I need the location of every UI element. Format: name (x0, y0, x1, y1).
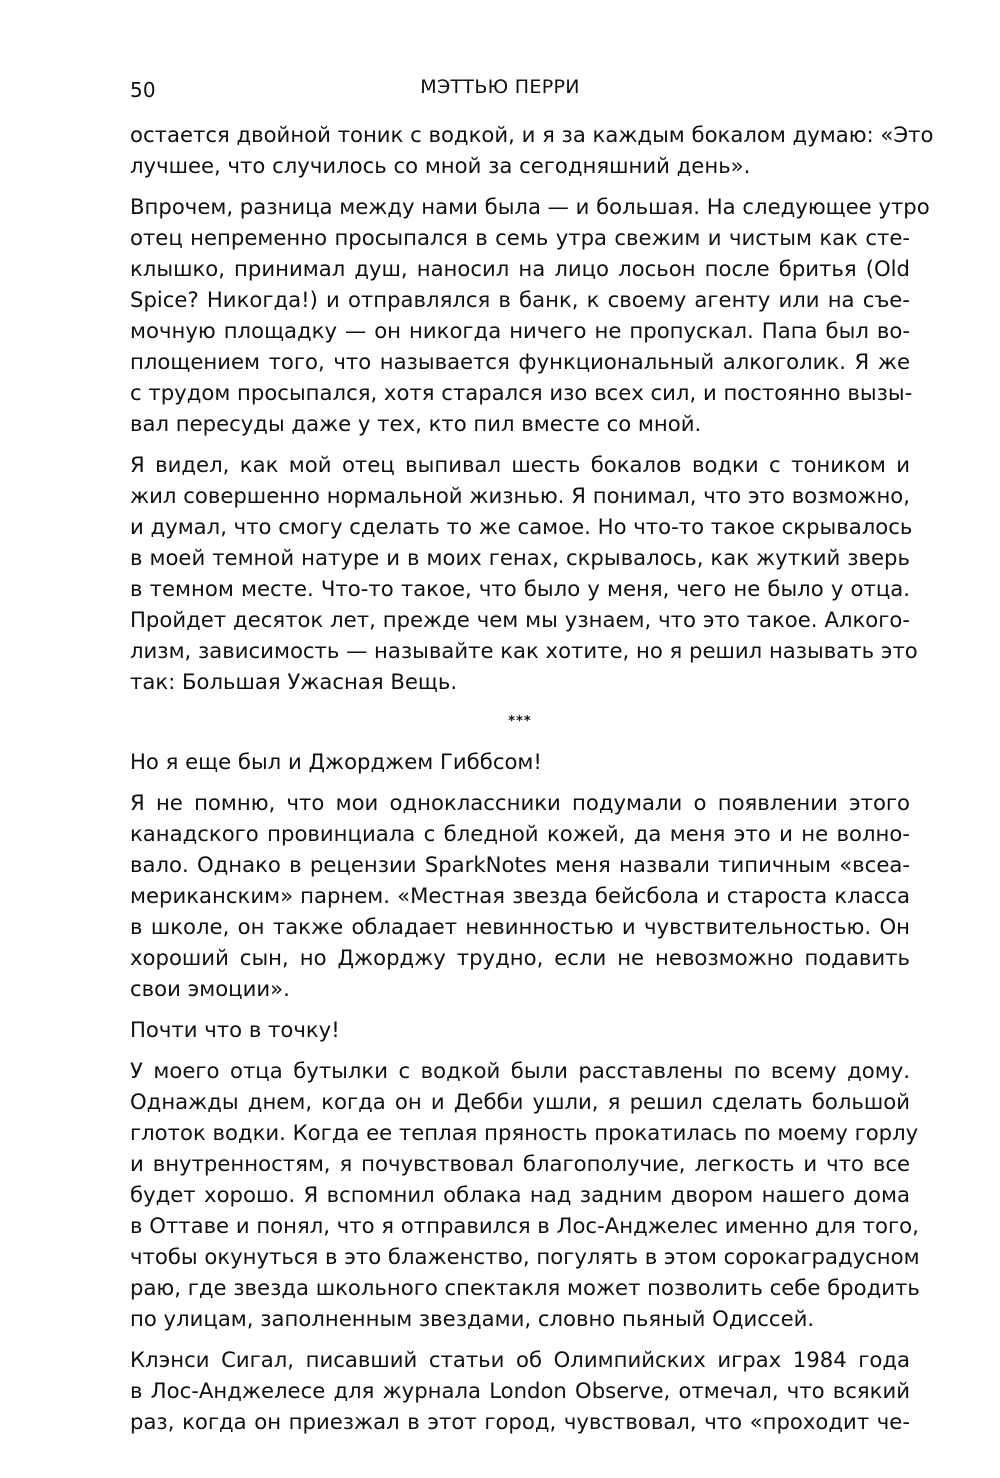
text-line: по улицам, заполненным звездами, словно … (130, 1303, 910, 1334)
text-line: и внутренностям, я почувствовал благопол… (130, 1148, 910, 1179)
paragraph: остается двойной тоник с водкой, и я за … (130, 119, 910, 181)
text-line: лучшее, что случилось со мной за сегодня… (130, 150, 910, 181)
text-line: раз, когда он приезжал в этот город, чув… (130, 1406, 910, 1437)
text-line: вало. Однако в рецензии SparkNotes меня … (130, 849, 910, 880)
text-line: клышко, принимал душ, наносил на лицо ло… (130, 253, 910, 284)
text-line: Я видел, как мой отец выпивал шесть бока… (130, 449, 910, 480)
text-line: Я не помню, что мои одноклассники подума… (130, 787, 910, 818)
text-line: Клэнси Сигал, писавший статьи об Олимпий… (130, 1344, 910, 1375)
text-line: в Оттаве и понял, что я отправился в Лос… (130, 1210, 910, 1241)
text-line: в Лос-Анджелесе для журнала London Obser… (130, 1375, 910, 1406)
paragraph: Я видел, как мой отец выпивал шесть бока… (130, 449, 910, 697)
paragraph: Почти что в точку! (130, 1014, 910, 1045)
text-line: так: Большая Ужасная Вещь. (130, 666, 910, 697)
body-text: остается двойной тоник с водкой, и я за … (130, 119, 910, 1447)
paragraph: Клэнси Сигал, писавший статьи об Олимпий… (130, 1344, 910, 1437)
text-line: У моего отца бутылки с водкой были расст… (130, 1055, 910, 1086)
text-line: Spice? Никогда!) и отправлялся в банк, к… (130, 284, 910, 315)
text-line: Но я еще был и Джорджем Гиббсом! (130, 746, 910, 777)
text-line: жил совершенно нормальной жизнью. Я пони… (130, 480, 910, 511)
text-line: в темном месте. Что-то такое, что было у… (130, 573, 910, 604)
text-line: с трудом просыпался, хотя старался изо в… (130, 377, 910, 408)
paragraph: Впрочем, разница между нами была — и бол… (130, 191, 910, 439)
text-line: глоток водки. Когда ее теплая пряность п… (130, 1117, 910, 1148)
text-line: чтобы окунуться в это блаженство, погуля… (130, 1241, 910, 1272)
text-line: площением того, что называется функциона… (130, 346, 910, 377)
text-line: Впрочем, разница между нами была — и бол… (130, 191, 910, 222)
text-line: хороший сын, но Джорджу трудно, если не … (130, 942, 910, 973)
text-line: мочную площадку — он никогда ничего не п… (130, 315, 910, 346)
text-line: вал пересуды даже у тех, кто пил вместе … (130, 408, 910, 439)
section-separator: *** (130, 707, 910, 737)
paragraph: Но я еще был и Джорджем Гиббсом! (130, 746, 910, 777)
text-line: отец непременно просыпался в семь утра с… (130, 222, 910, 253)
running-title: МЭТТЬЮ ПЕРРИ (0, 76, 1000, 98)
text-line: раю, где звезда школьного спектакля може… (130, 1272, 910, 1303)
paragraph: Я не помню, что мои одноклассники подума… (130, 787, 910, 1004)
text-line: Пройдет десяток лет, прежде чем мы узнае… (130, 604, 910, 635)
text-line: в школе, он также обладает невинностью и… (130, 911, 910, 942)
text-line: будет хорошо. Я вспомнил облака над задн… (130, 1179, 910, 1210)
text-line: свои эмоции». (130, 973, 910, 1004)
text-line: лизм, зависимость — называйте как хотите… (130, 635, 910, 666)
text-line: и думал, что смогу сделать то же самое. … (130, 511, 910, 542)
text-line: в моей темной натуре и в моих генах, скр… (130, 542, 910, 573)
text-line: Почти что в точку! (130, 1014, 910, 1045)
text-line: Однажды днем, когда он и Дебби ушли, я р… (130, 1086, 910, 1117)
text-line: канадского провинциала с бледной кожей, … (130, 818, 910, 849)
paragraph: У моего отца бутылки с водкой были расст… (130, 1055, 910, 1334)
text-line: остается двойной тоник с водкой, и я за … (130, 119, 910, 150)
text-line: мериканским» парнем. «Местная звезда бей… (130, 880, 910, 911)
